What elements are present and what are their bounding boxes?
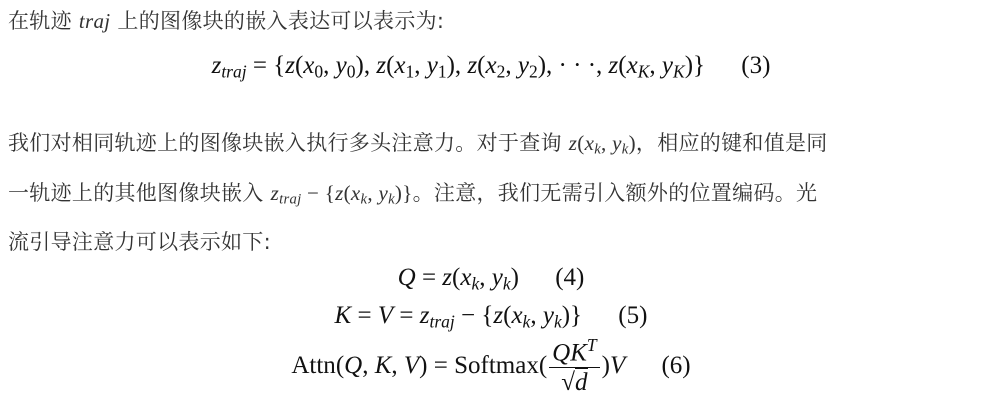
equation-4: Q = z(xk, yk) (4) xyxy=(0,264,982,294)
equation-5: K = V = ztraj − {z(xk, yk)} (5) xyxy=(0,302,982,332)
attention-paragraph: 我们对相同轨迹上的图像块嵌入执行多头注意力。对于查询 z(xk, yk)，相应的… xyxy=(8,122,828,264)
fraction-qk-over-sqrt-d: QKT√d xyxy=(549,336,599,398)
equation-6: Attn(Q, K, V) = Softmax(QKT√d)V (6) xyxy=(0,336,982,398)
intro-text-after: 上的图像块的嵌入表达可以表示为: xyxy=(117,9,444,33)
intro-paragraph: 在轨迹 traj 上的图像块的嵌入表达可以表示为: xyxy=(8,0,444,43)
inline-math-traj: traj xyxy=(79,9,111,33)
equation-tag-5: (5) xyxy=(618,302,647,330)
intro-text-before: 在轨迹 xyxy=(8,9,72,33)
equation-tag-3: (3) xyxy=(741,52,770,80)
equation-tag-4: (4) xyxy=(555,264,584,292)
equation-tag-6: (6) xyxy=(661,352,690,380)
equation-3: ztraj = {z(x0, y0), z(x1, y1), z(x2, y2)… xyxy=(0,52,982,82)
attention-line-1: 我们对相同轨迹上的图像块嵌入执行多头注意力。对于查询 z(xk, yk)，相应的… xyxy=(8,122,828,172)
attention-line-2: 一轨迹上的其他图像块嵌入 ztraj − {z(xk, yk)}。注意，我们无需… xyxy=(8,172,828,222)
attention-line-3: 流引导注意力可以表示如下: xyxy=(8,221,828,264)
